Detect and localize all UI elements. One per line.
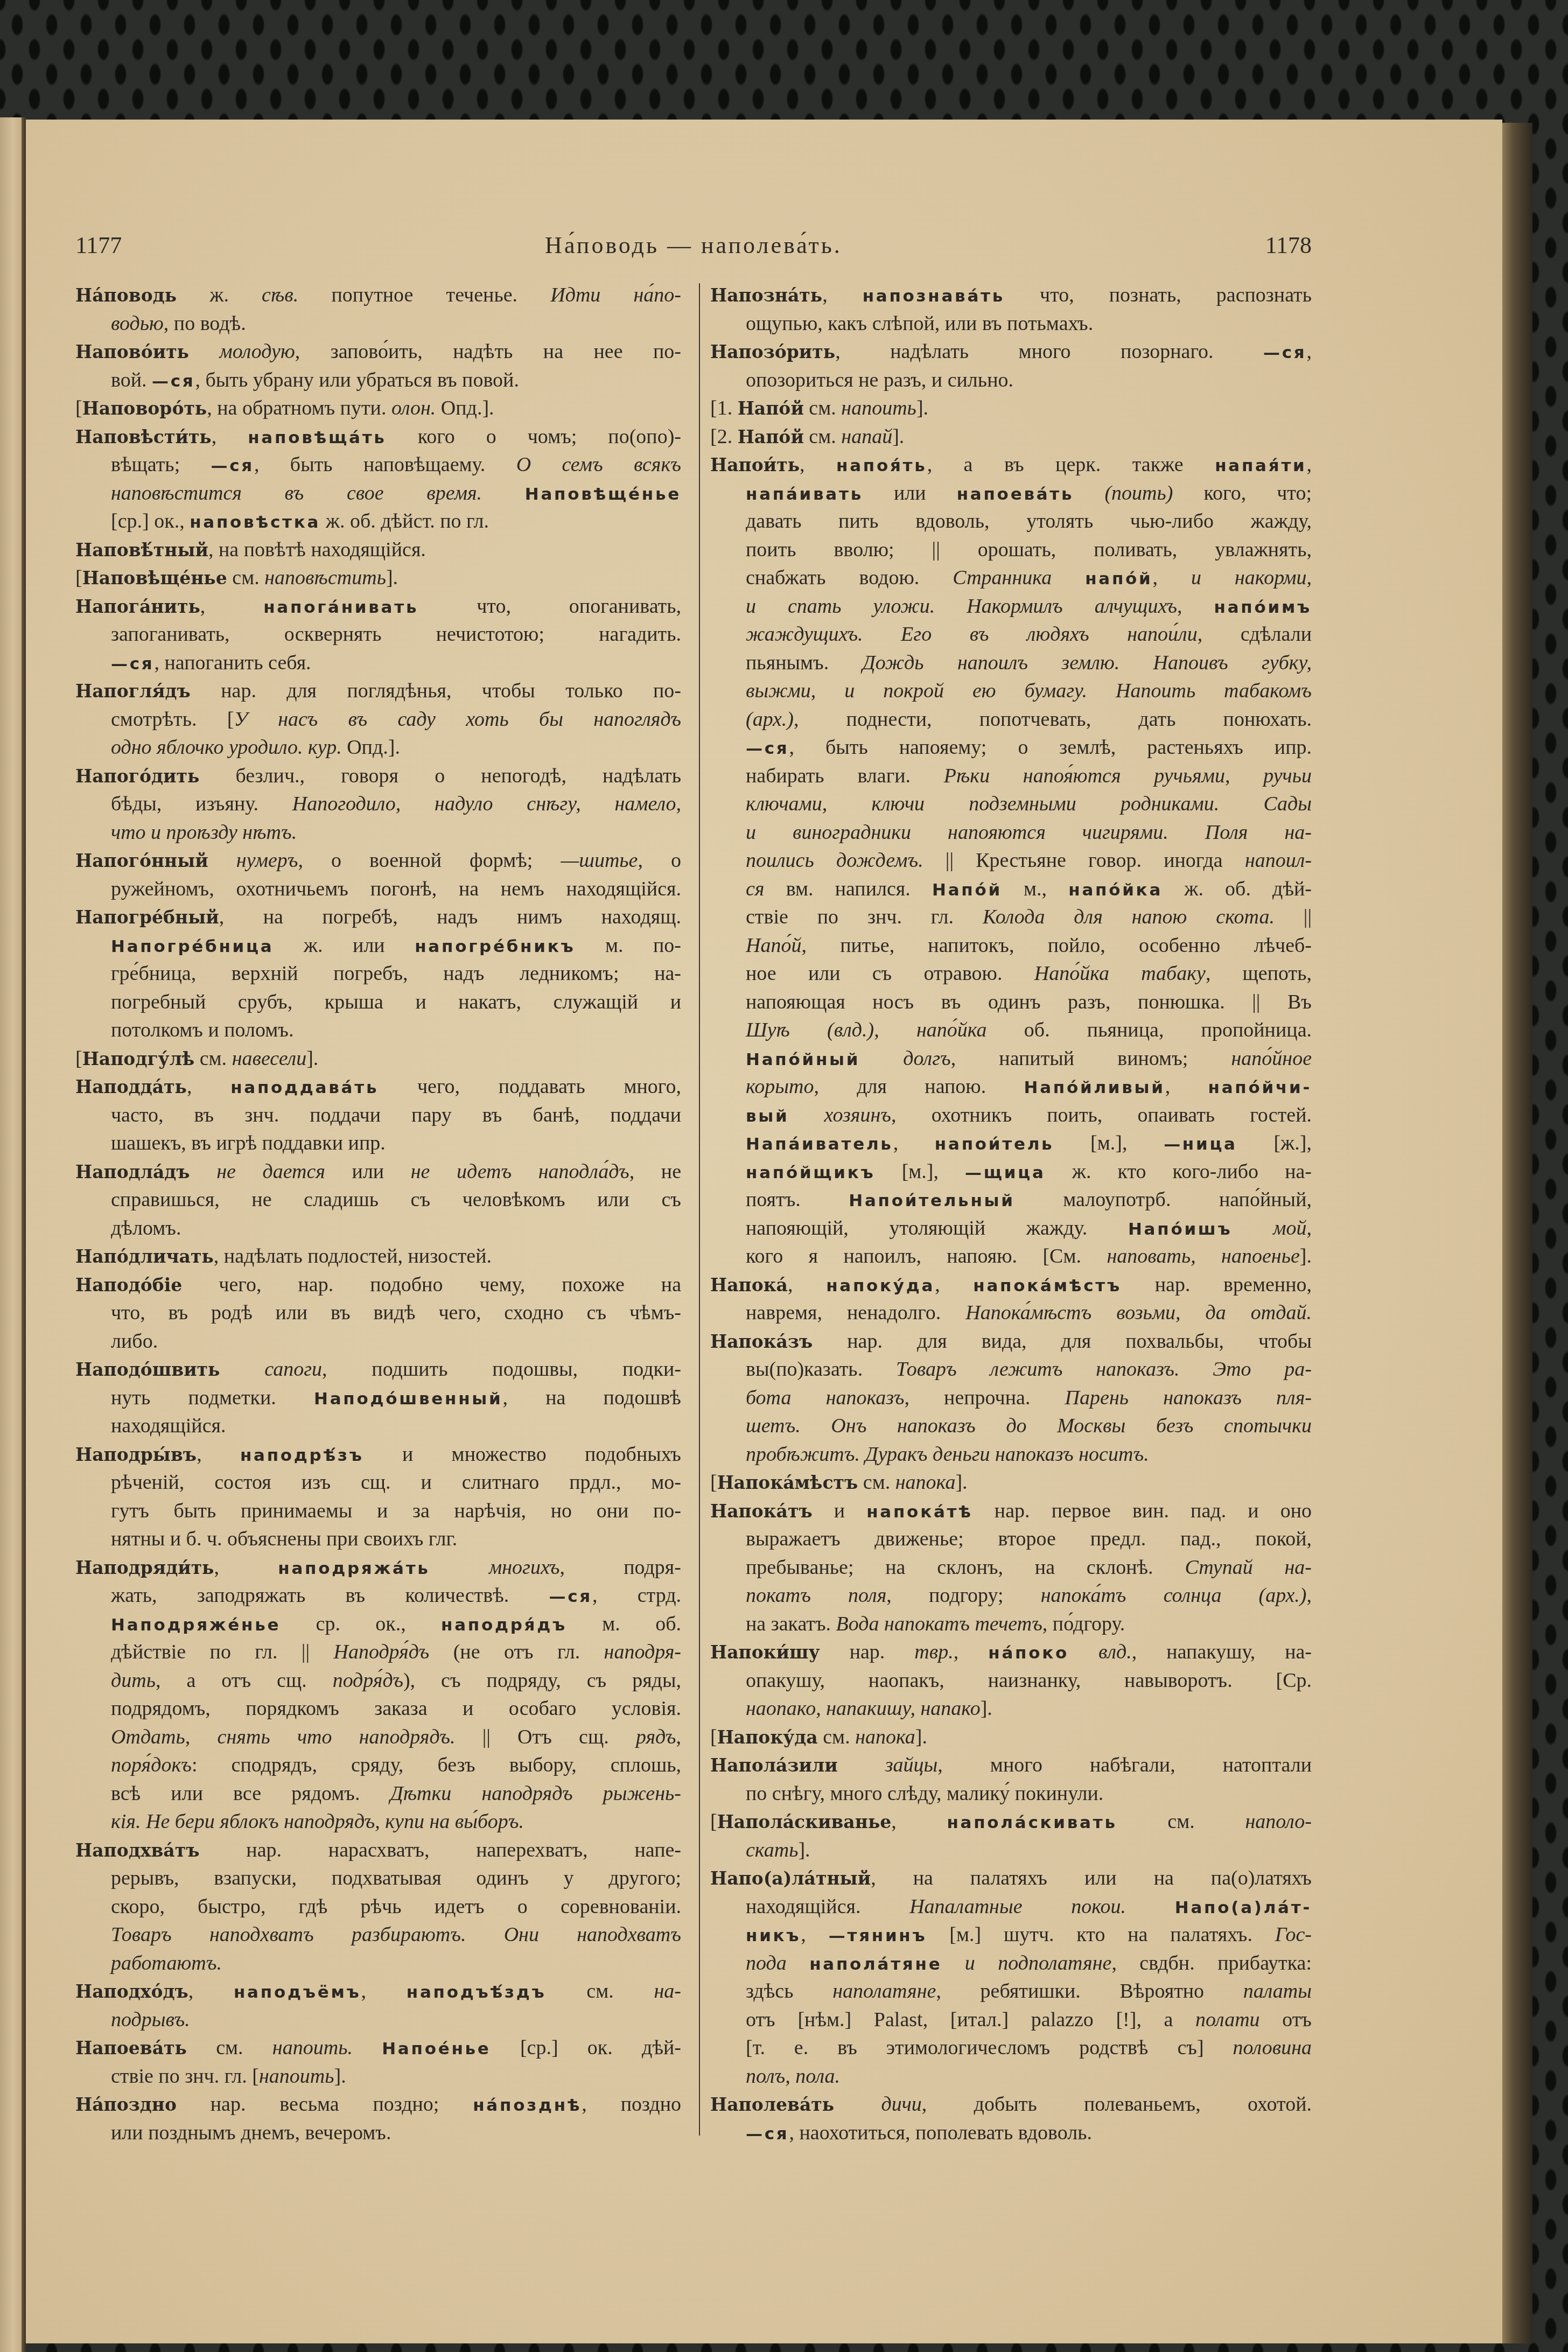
body-text: подрядомъ, порядкомъ заказа и особаго ус…	[111, 1697, 681, 1720]
dictionary-line: и виноградники напояются чигирями. Поля …	[710, 818, 1312, 847]
body-text: ж.	[177, 284, 262, 306]
italic-text: Шуѣ (влд.), напо́йка	[746, 1019, 987, 1041]
body-text: см.	[818, 1726, 855, 1748]
dictionary-line: поились дождемъ. || Крестьяне говор. ино…	[710, 846, 1312, 875]
dictionary-line: —ся, быть напояему; о землѣ, растеньяхъ …	[710, 733, 1312, 762]
body-text: , по водѣ.	[164, 312, 246, 335]
dictionary-line: Напа́иватель, напои́тель [м.], —ница [ж.…	[710, 1129, 1312, 1158]
body-text: ,	[1307, 340, 1312, 363]
body-text: напояющій, утоляющій жажду.	[746, 1217, 1128, 1240]
body-text: дѣйствіе по гл. ||	[111, 1641, 333, 1663]
body-text: : сподрядъ, сряду, безъ выбору, сплошь,	[192, 1754, 681, 1776]
body-text: ,	[1307, 1217, 1312, 1240]
italic-text: многихъ	[489, 1556, 560, 1579]
body-text: [т. е. въ этимологичесломъ родствѣ съ]	[746, 2036, 1233, 2059]
italic-text: долгъ	[903, 1047, 950, 1070]
body-text: малоупотрб. напо́йный,	[1015, 1188, 1312, 1211]
body-text: || Крестьяне говор. иногда	[923, 849, 1245, 872]
entry-headword: Напозна́ть	[710, 285, 822, 306]
body-text: , подшить подошвы, подки-	[322, 1358, 681, 1381]
subheadword: напоку́да	[826, 1276, 935, 1296]
dictionary-line: [Наповоро́ть, на обратномъ пути. олон. О…	[75, 394, 681, 423]
body-text: , охотникъ поить, опаивать гостей.	[891, 1104, 1312, 1126]
body-text: , свдбн. прибаутка:	[1111, 1952, 1312, 1975]
body-text: ].	[955, 1471, 967, 1494]
dictionary-line: напояющій, утоляющій жажду. Напо́ишъ мой…	[710, 1214, 1312, 1243]
body-text: , не	[629, 1160, 681, 1183]
subheadword: Наподряже́нье	[111, 1615, 281, 1635]
italic-text: сѣв.	[262, 284, 298, 306]
dictionary-line: Наподо́швить сапоги, подшить подошвы, по…	[75, 1355, 681, 1384]
body-text: , быть наповѣщаему.	[254, 453, 516, 476]
body-text: [2.	[710, 425, 738, 448]
italic-text: нумеръ	[236, 849, 298, 872]
body-text: часто, въ знч. поддачи пару въ банѣ, под…	[111, 1104, 681, 1126]
italic-text: напока	[855, 1726, 915, 1748]
entry-headword: Наподхва́тъ	[75, 1840, 199, 1861]
body-text: ,	[1153, 566, 1191, 589]
body-text: , сдѣлали	[1198, 623, 1312, 646]
book-gutter	[22, 117, 26, 2352]
body-text: [	[75, 566, 82, 589]
subheadword: наподъѣ́здъ	[407, 1983, 547, 2002]
dictionary-line: скать].	[710, 1836, 1312, 1865]
subheadword: вый	[746, 1107, 789, 1126]
italic-text: напоить.	[272, 2036, 353, 2059]
body-text: ср. ок.,	[281, 1613, 441, 1635]
body-text	[190, 1160, 217, 1183]
dictionary-line: напа́ивать или напоева́ть (поить) кого, …	[710, 479, 1312, 508]
body-text: на закатъ.	[746, 1613, 836, 1635]
italic-text: жаждущихъ. Его въ людяхъ напои́ли	[746, 623, 1198, 646]
italic-text: полъ, пола.	[746, 2065, 840, 2088]
dictionary-line: пьянымъ. Дождь напоилъ землю. Напоивъ гу…	[710, 649, 1312, 677]
dictionary-line: поятъ. Напои́тельный малоупотрб. напо́йн…	[710, 1186, 1312, 1214]
body-text: , напоганить себя.	[154, 652, 311, 674]
body-text: потолкомъ и поломъ.	[111, 1019, 294, 1041]
dictionary-line: Наповѣ́тный, на повѣтѣ находящійся.	[75, 536, 681, 564]
dictionary-line: подрядомъ, порядкомъ заказа и особаго ус…	[75, 1695, 681, 1723]
dictionary-line: Напогре́бница ж. или напогре́бникъ м. по…	[75, 932, 681, 960]
dictionary-line: справишься, не сладишь съ человѣкомъ или…	[75, 1186, 681, 1214]
subheadword: наподря́дъ	[441, 1615, 567, 1635]
body-text: нятны и б. ч. объяснены при своихъ глг.	[111, 1528, 457, 1550]
dictionary-line: дѣломъ.	[75, 1214, 681, 1243]
body-text: ].	[981, 1697, 992, 1720]
italic-text: поились дождемъ.	[746, 849, 923, 872]
italic-text: пода	[746, 1952, 787, 1975]
dictionary-line: —ся, наохотиться, пополевать вдоволь.	[710, 2119, 1312, 2147]
body-text: нар. временно,	[1122, 1273, 1312, 1296]
body-text: Опд.].	[342, 736, 400, 759]
italic-text: корыто	[746, 1075, 814, 1098]
body-text: , о военной формѣ;	[298, 849, 561, 872]
dictionary-line: набирать влаги. Рѣки напоя́ются ручьями,…	[710, 762, 1312, 790]
dictionary-line: снабжать водою. Странника напо́й, и нако…	[710, 564, 1312, 592]
dictionary-line: поить вволю; || орошать, поливать, увлаж…	[710, 536, 1312, 564]
italic-text: покатъ поля	[746, 1584, 886, 1607]
dictionary-line: дить, а отъ сщ. подря́дъ), съ подряду, с…	[75, 1667, 681, 1695]
dictionary-line: пода напола́тяне и подполатяне, свдбн. п…	[710, 1949, 1312, 1978]
dictionary-line: Наподры́въ, наподрѣ́зъ и множество подоб…	[75, 1440, 681, 1469]
body-text: [	[710, 1726, 717, 1748]
subheadword: напая́ти	[1215, 456, 1306, 475]
italic-text: Дождь напоилъ землю. Напоивъ губку,	[863, 652, 1312, 674]
italic-text: половина	[1233, 2036, 1312, 2059]
italic-text: (арх.)	[746, 708, 794, 731]
dictionary-line: вый хозяинъ, охотникъ поить, опаивать го…	[710, 1101, 1312, 1130]
dictionary-line: водью, по водѣ.	[75, 310, 681, 338]
dictionary-line: поря́докъ: сподрядъ, сряду, безъ выбору,…	[75, 1751, 681, 1780]
subheadword: никъ	[746, 1926, 801, 1945]
body-text: , надѣлать много позорнаго.	[835, 340, 1263, 363]
dictionary-line: шашекъ, въ игрѣ поддавки ипр.	[75, 1129, 681, 1158]
dictionary-line: навремя, ненадолго. Напока́мѣстъ возьми,…	[710, 1299, 1312, 1327]
body-text: ,	[214, 1556, 278, 1579]
body-text: см.	[187, 2036, 272, 2059]
dictionary-line: Наподряже́нье ср. ок., наподря́дъ м. об.	[75, 1610, 681, 1639]
body-text: запоганивать, осквернять нечистотою; наг…	[111, 623, 681, 646]
body-text: поятъ.	[746, 1188, 849, 1211]
subheadword: —ся	[1263, 343, 1306, 362]
italic-text: твр.	[914, 1641, 953, 1663]
body-text: , на палатяхъ или на па(о)латяхъ	[871, 1867, 1312, 1889]
body-text: ,	[187, 1075, 230, 1098]
entry-headword: Наподхо́дъ	[75, 1981, 188, 2002]
italic-text: наповѣстится въ свое время.	[111, 482, 482, 505]
body-text: ].	[916, 397, 928, 419]
entry-headword: Напока́мѣстъ	[717, 1472, 858, 1493]
dictionary-line: находящійся. Напалатные покои. Напо(а)ла…	[710, 1893, 1312, 1921]
body-text: нар. для поглядѣнья, чтобы только по-	[191, 680, 681, 702]
dictionary-line: Напозо́рить, надѣлать много позорнаго. —…	[710, 338, 1312, 366]
dictionary-line: На́поздно нар. весьма поздно; на́позднѣ,…	[75, 2090, 681, 2119]
dictionary-line: запоганивать, осквернять нечистотою; наг…	[75, 620, 681, 649]
dictionary-line: На́поводь ж. сѣв. попутное теченье. Идти…	[75, 281, 681, 310]
entry-headword: Напои́ть	[710, 454, 800, 475]
body-text: , на подошвѣ	[503, 1387, 682, 1409]
body-text: вы(по)казать.	[746, 1358, 896, 1381]
subheadword: напогре́бникъ	[415, 937, 575, 956]
body-text: скоро, быстро, гдѣ рѣчь идетъ о соревнов…	[111, 1895, 681, 1918]
subheadword: наподъёмъ	[234, 1983, 361, 2002]
body-text: давать пить вдоволь, утолять чью-либо жа…	[746, 510, 1312, 533]
body-text: что, опоганивать,	[418, 595, 681, 618]
body-text: ощупью, какъ слѣпой, или въ потьмахъ.	[746, 312, 1093, 335]
italic-text: молодую	[219, 340, 295, 363]
italic-text: наповѣстить	[264, 566, 386, 589]
body-text: безлич., говоря о непогодѣ, надѣлать	[199, 765, 681, 787]
dictionary-line: часто, въ знч. поддачи пару въ банѣ, под…	[75, 1101, 681, 1130]
body-text: нуть подметки.	[111, 1387, 314, 1409]
body-text	[1126, 1895, 1175, 1918]
dictionary-line: бѣды, изъяну. Напогодило, надуло снѣгу, …	[75, 790, 681, 818]
body-text: ,	[1177, 595, 1214, 618]
body-text: чего, поддавать много,	[379, 1075, 681, 1098]
dictionary-line: полъ, пола.	[710, 2062, 1312, 2091]
body-text: дѣломъ.	[111, 1217, 181, 1240]
entry-headword: Напогля́дъ	[75, 681, 191, 702]
body-text	[303, 736, 309, 759]
italic-text: что и проѣзду нѣтъ.	[111, 821, 297, 844]
dictionary-line: работаютъ.	[75, 1949, 681, 1978]
dictionary-line: гутъ быть принимаемы и за нарѣчія, но он…	[75, 1497, 681, 1525]
body-text: ,	[1307, 453, 1312, 476]
italic-text: напоить	[259, 2065, 334, 2088]
body-text: [ср.] ок.,	[111, 510, 190, 533]
dictionary-line: ствіе по знч. гл. [напоить].	[75, 2062, 681, 2091]
body-text: или	[325, 1160, 411, 1183]
body-text: вой.	[111, 369, 152, 391]
dictionary-line: Напово́ить молодую, запово́ить, надѣть н…	[75, 338, 681, 366]
entry-headword: Напозо́рить	[710, 341, 835, 362]
body-text: [м.],	[876, 1160, 965, 1183]
body-text: м. об.	[567, 1613, 681, 1635]
body-text: выражаетъ движенье; второе предл. пад., …	[746, 1528, 1312, 1550]
italic-text: и накорми,	[1191, 566, 1312, 589]
italic-text: хозяинъ	[824, 1104, 891, 1126]
body-text: , поздно	[582, 2093, 681, 2116]
body-text: ].	[1300, 1245, 1312, 1268]
italic-text: не идетъ наподла́дъ	[411, 1160, 629, 1183]
body-text: [м.] шутч. кто на палатяхъ.	[927, 1923, 1275, 1946]
subheadword: напо́й	[1085, 569, 1152, 589]
entry-headword: Наподда́ть	[75, 1076, 187, 1097]
italic-text: Напо́йка табаку	[1034, 962, 1206, 985]
italic-text: Напока́мѣстъ возьми, да отдай.	[965, 1301, 1312, 1324]
dictionary-line: нятны и б. ч. объяснены при своихъ глг.	[75, 1525, 681, 1553]
dictionary-line: что, въ родѣ или въ видѣ чего, сходно съ…	[75, 1299, 681, 1327]
italic-text: напоил-	[1245, 849, 1312, 872]
body-text: кого я напоилъ, напояю. [См.	[746, 1245, 1107, 1268]
entry-headword: Наподры́въ	[75, 1444, 197, 1465]
entry-headword: Напого́нный	[75, 850, 208, 871]
dictionary-line: [1. Напо́й см. напоить].	[710, 394, 1312, 423]
dictionary-line: жаждущихъ. Его въ людяхъ напои́ли, сдѣла…	[710, 620, 1312, 649]
body-text: [	[710, 1810, 717, 1833]
subheadword: Напа́иватель	[746, 1135, 893, 1154]
italic-text: Напогодило, надуло снѣгу, намело,	[292, 793, 681, 815]
dictionary-line: никъ, —тянинъ [м.] шутч. кто на палатяхъ…	[710, 1921, 1312, 1949]
body-text: отъ [нѣм.] Palast, [итал.] palazzo [!], …	[746, 2008, 1195, 2031]
dictionary-line: всѣ или все рядомъ. Дѣтки наподрядъ рыже…	[75, 1780, 681, 1808]
dictionary-line: одно яблочко уродило. кур. Опд.].	[75, 733, 681, 762]
body-text: по снѣгу, много слѣду, малику́ покинули.	[746, 1782, 1103, 1805]
subheadword: напоя́ть	[836, 456, 927, 475]
body-text	[789, 1104, 824, 1126]
entry-headword: На́поводь	[75, 285, 177, 306]
subheadword: наповѣща́ть	[248, 428, 386, 447]
body-text: , а отъ сщ.	[156, 1669, 333, 1692]
entry-headword: Напо́й	[738, 398, 804, 419]
dictionary-line: вой. —ся, быть убрану или убраться въ по…	[75, 366, 681, 395]
body-text: опакушу, наопакъ, наизнанку, навыворотъ.…	[746, 1669, 1312, 1692]
italic-text: рядъ	[636, 1726, 676, 1748]
body-text: см.	[804, 425, 841, 448]
dictionary-line: Напо(а)ла́тный, на палатяхъ или на па(о)…	[710, 1864, 1312, 1893]
entry-headword: Наподла́дъ	[75, 1161, 190, 1182]
body-text: ].	[306, 1047, 318, 1070]
body-text: ,	[893, 1132, 935, 1154]
subheadword: напа́ивать	[746, 485, 863, 504]
body-text: [ж.],	[1237, 1132, 1312, 1154]
subheadword: —ся	[152, 372, 195, 391]
italic-text: Колода для напою скота.	[983, 906, 1275, 928]
entry-headword: Напола́скиванье	[717, 1811, 892, 1832]
body-text: , непрочна.	[904, 1387, 1065, 1409]
italic-text: скать	[746, 1839, 798, 1861]
body-text: что, въ родѣ или въ видѣ чего, сходно съ…	[111, 1301, 681, 1324]
dictionary-line: [Наподгу́лѣ см. навесели].	[75, 1045, 681, 1073]
italic-text: кур.	[308, 736, 342, 759]
body-text	[1069, 1641, 1098, 1663]
dictionary-line: ное или съ отравою. Напо́йка табаку, щеп…	[710, 960, 1312, 988]
italic-text: кія. Не бери яблокъ наподрядъ, купи на в…	[111, 1810, 524, 1833]
body-text: что, познать, распознать	[1005, 284, 1312, 306]
body-text: ж. об. дѣйст. по гл.	[320, 510, 489, 533]
dictionary-line: здѣсь наполатяне, ребятишки. Вѣроятно па…	[710, 1977, 1312, 2006]
italic-text: подрывъ.	[111, 2008, 190, 2031]
subheadword: напо́йка	[1068, 880, 1163, 900]
body-text: см.	[194, 1047, 232, 1070]
dictionary-line: давать пить вдоволь, утолять чью-либо жа…	[710, 507, 1312, 536]
body-text: ].	[386, 566, 398, 589]
dictionary-line: погребный срубъ, крыша и накатъ, служащі…	[75, 988, 681, 1017]
body-text	[220, 1358, 264, 1381]
entry-headword: Наповоро́ть	[82, 398, 207, 419]
body-text: и	[813, 1500, 867, 1522]
body-text: , щепоть,	[1206, 962, 1312, 985]
body-text: || Отъ сщ.	[455, 1726, 635, 1748]
italic-text: мой	[1273, 1217, 1306, 1240]
entry-headword: Наповѣще́нье	[82, 568, 227, 589]
italic-text: пробѣжитъ. Дуракъ деньги напоказъ носитъ…	[746, 1443, 1149, 1466]
subheadword: напо́йчи-	[1208, 1078, 1312, 1097]
entry-headword: Наподряди́ть	[75, 1557, 214, 1578]
body-text: [1.	[710, 397, 738, 419]
dictionary-line: Напока́тъ и напока́тѣ нар. первое вин. п…	[710, 1497, 1312, 1525]
body-text: шашекъ, въ игрѣ поддавки ипр.	[111, 1132, 386, 1154]
dictionary-line: шетъ. Онъ напоказъ до Москвы безъ спотыч…	[710, 1412, 1312, 1440]
subheadword: напола́скивать	[947, 1813, 1117, 1832]
body-text: , о	[638, 849, 681, 872]
body-text: ,	[954, 1641, 989, 1663]
entry-headword: Напога́нить	[75, 596, 200, 617]
entry-headword: Напо(а)ла́тный	[710, 1868, 871, 1889]
italic-text: Товаръ лежитъ напоказъ. Это ра-	[896, 1358, 1312, 1381]
body-text: , по́дгору.	[1042, 1613, 1125, 1635]
body-text	[208, 849, 236, 872]
body-text: ].	[915, 1726, 927, 1748]
dictionary-line: [Напоку́да см. напока].	[710, 1723, 1312, 1752]
body-text: , подря-	[560, 1556, 681, 1579]
body-text: ствіе по знч. гл.	[746, 906, 983, 928]
dictionary-line: наповѣстится въ свое время. Наповѣще́нье	[75, 479, 681, 508]
dictionary-line: Напога́нить, напога́нивать что, опоганив…	[75, 592, 681, 621]
subheadword: напознава́ть	[863, 286, 1005, 306]
entry-headword: Наполева́ть	[710, 2094, 834, 2115]
dictionary-line: бота напоказъ, непрочна. Парень напоказъ…	[710, 1384, 1312, 1412]
dictionary-line: Напозна́ть, напознава́ть что, познать, р…	[710, 281, 1312, 310]
dictionary-line: пребыванье; на склонъ, на склонѣ. Ступай…	[710, 1553, 1312, 1582]
body-text	[353, 2036, 382, 2059]
italic-text: О семъ всякъ	[516, 453, 681, 476]
dictionary-line: покатъ поля, подгору; напока́тъ солнца (…	[710, 1581, 1312, 1610]
dictionary-line: находящійся.	[75, 1412, 681, 1440]
body-text: или	[863, 482, 957, 505]
subheadword: —ся	[746, 739, 789, 758]
body-text: [ср.] ок. дѣй-	[491, 2036, 681, 2059]
italic-text: наподря-	[604, 1641, 681, 1663]
dictionary-line: кія. Не бери яблокъ наподрядъ, купи на в…	[75, 1808, 681, 1836]
subheadword: —ся	[211, 456, 254, 475]
body-text: чего, нар. подобно чему, похоже на	[182, 1273, 681, 1296]
body-text: либо.	[111, 1330, 158, 1353]
body-text	[1074, 482, 1104, 505]
body-text: поить вволю; || орошать, поливать, увлаж…	[746, 538, 1312, 561]
subheadword: Напо(а)ла́т-	[1175, 1898, 1312, 1917]
dictionary-line: вы(по)казать. Товаръ лежитъ напоказъ. Эт…	[710, 1355, 1312, 1384]
body-text: , напитый виномъ;	[951, 1047, 1231, 1070]
body-text: рерывъ, взапуски, подхватывая одинъ у др…	[111, 1867, 681, 1889]
body-text	[430, 1556, 489, 1579]
italic-text: зайцы	[885, 1754, 938, 1776]
entry-headword: На́поздно	[75, 2094, 177, 2115]
italic-text: выжми, и покрой ею бумагу. Напоить табак…	[746, 680, 1312, 702]
body-text: , быть напояему; о землѣ, растеньяхъ ипр…	[789, 736, 1312, 759]
dictionary-line: Наповѣсти́ть, наповѣща́ть кого о чомъ; п…	[75, 423, 681, 451]
body-text: ,	[788, 1273, 826, 1296]
body-text: ,	[200, 595, 263, 618]
body-text: гутъ быть принимаемы и за нарѣчія, но он…	[111, 1500, 681, 1522]
entry-headword: Наподо́швить	[75, 1359, 220, 1380]
body-text: [м.],	[1054, 1132, 1164, 1154]
body-text: ,	[822, 284, 862, 306]
italic-text: олон.	[391, 397, 436, 419]
entry-headword: Напоку́да	[717, 1727, 818, 1748]
body-text: находящійся.	[746, 1895, 909, 1918]
body-text: отъ	[1260, 2008, 1312, 2031]
body-text: пьянымъ.	[746, 652, 863, 674]
italic-text: работаютъ.	[111, 1952, 222, 1975]
dictionary-line: гре́бница, верхній погребъ, надъ леднико…	[75, 960, 681, 988]
body-text: ствіе по знч. гл. [	[111, 2065, 259, 2088]
subheadword: Напогре́бница	[111, 937, 274, 956]
italic-text: Товаръ наподхватъ разбираютъ. Они наподх…	[111, 1923, 681, 1946]
dictionary-line: Напока́, напоку́да, напока́мѣстъ нар. вр…	[710, 1271, 1312, 1299]
body-text: , ребятишки. Вѣроятно	[936, 1980, 1243, 2003]
subheadword: Напое́нье	[382, 2039, 491, 2059]
subheadword: напога́нивать	[263, 598, 418, 617]
body-text: ,	[935, 1273, 973, 1296]
italic-text: влд.	[1098, 1641, 1132, 1663]
running-head-title: На́поводь — наполева́ть.	[75, 230, 1312, 261]
body-text: рѣченій, состоя изъ сщ. и слитнаго прдл.…	[111, 1471, 681, 1494]
italic-text: наопако, напакишу, напако	[746, 1697, 981, 1720]
italic-text: наполатяне	[832, 1980, 936, 2003]
dictionary-line: кого я напоилъ, напояю. [См. наповать, н…	[710, 1242, 1312, 1271]
body-text: , на повѣтѣ находящійся.	[208, 538, 426, 561]
italic-text: (поить)	[1104, 482, 1173, 505]
body-text: напояющая носъ въ одинъ разъ, понюшка. |…	[746, 991, 1312, 1013]
column-left: На́поводь ж. сѣв. попутное теченье. Идти…	[75, 281, 681, 2147]
column-right: Напозна́ть, напознава́ть что, познать, р…	[710, 281, 1312, 2147]
subheadword: Напо́йный	[746, 1050, 860, 1069]
subheadword: напола́тяне	[809, 1955, 942, 1974]
dictionary-line: напояющая носъ въ одинъ разъ, понюшка. |…	[710, 988, 1312, 1017]
body-text: об. пьяница, пропойница.	[987, 1019, 1312, 1041]
dictionary-line: рерывъ, взапуски, подхватывая одинъ у др…	[75, 1864, 681, 1893]
